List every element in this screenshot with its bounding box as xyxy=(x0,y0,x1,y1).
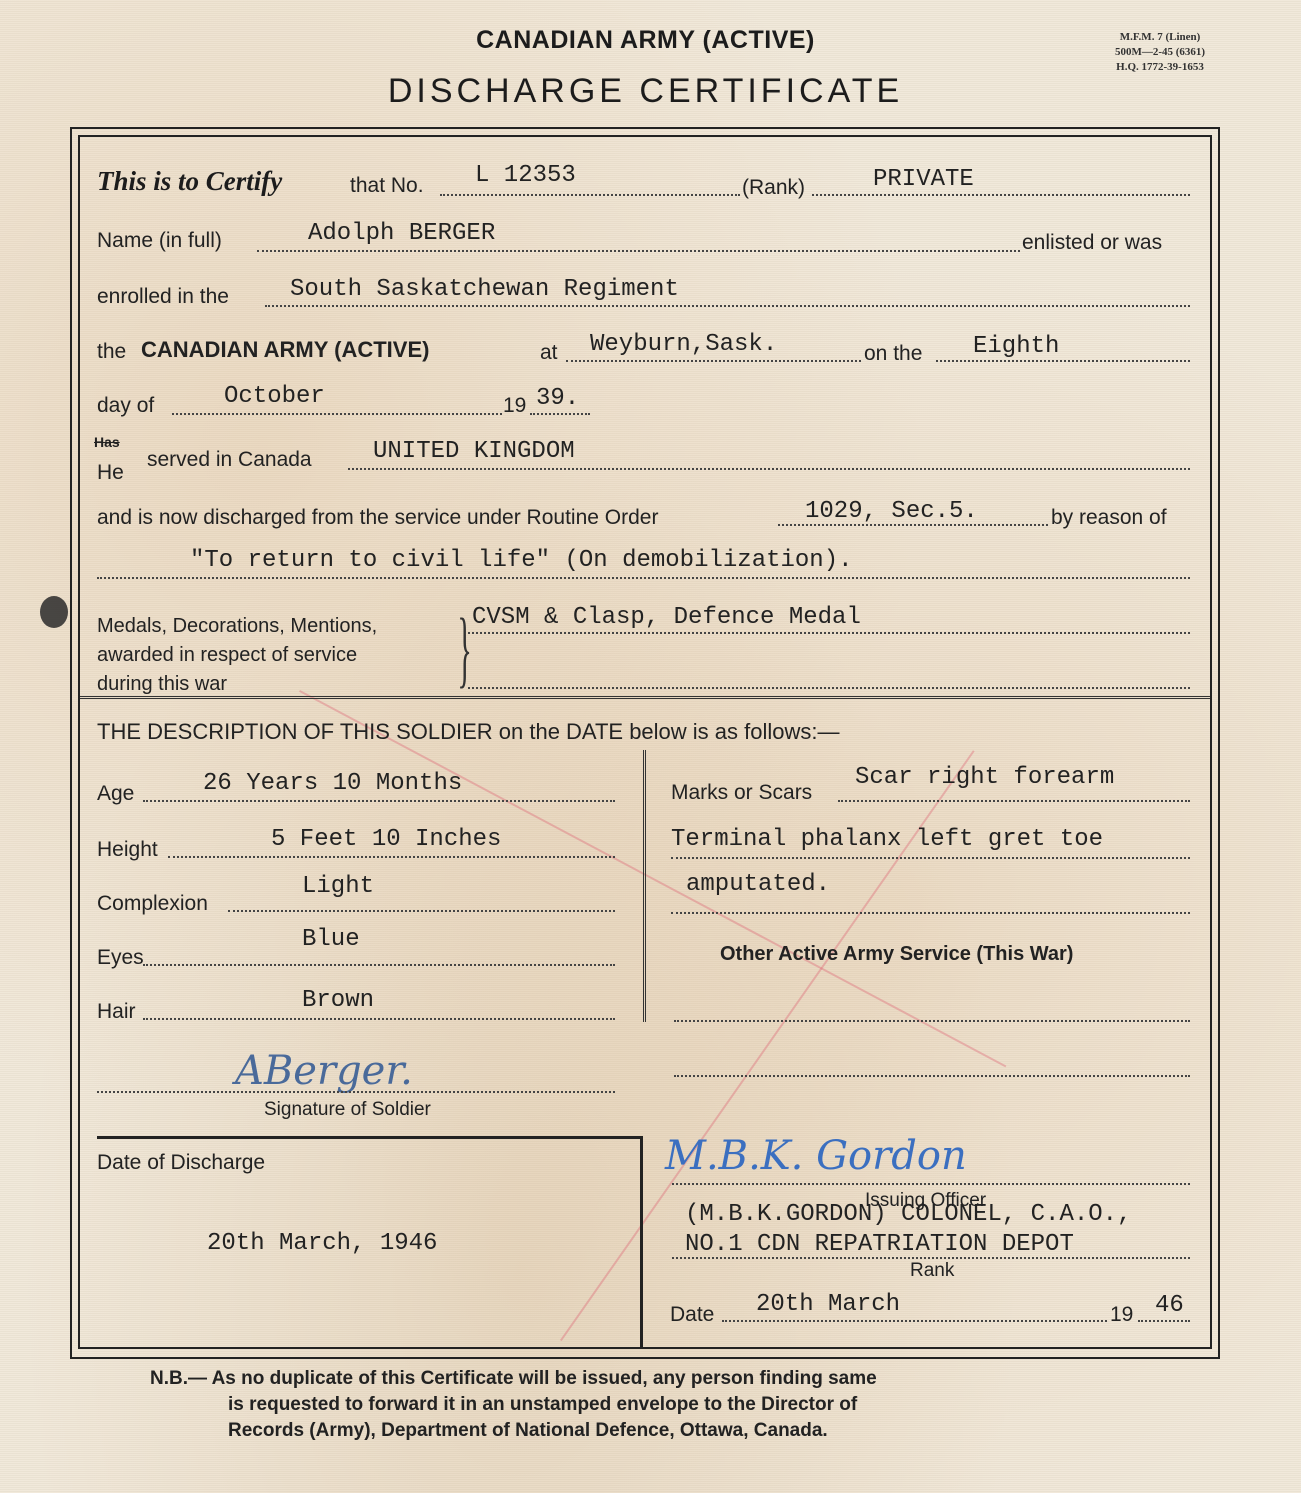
form-reference: M.F.M. 7 (Linen) 500M—2-45 (6361) H.Q. 1… xyxy=(1080,30,1240,75)
name-label: Name (in full) xyxy=(97,229,222,253)
number-label: that No. xyxy=(350,174,424,198)
age-label: Age xyxy=(97,782,134,806)
discharged-label: and is now discharged from the service u… xyxy=(97,506,658,530)
place-line xyxy=(566,360,861,362)
marks-value-2: Terminal phalanx left gret toe xyxy=(671,826,1103,853)
marks-line-2 xyxy=(671,857,1190,859)
eyes-value: Blue xyxy=(302,926,360,953)
reason-label: by reason of xyxy=(1051,506,1167,530)
officer-date-label: Date xyxy=(670,1303,714,1327)
served-line xyxy=(348,468,1190,470)
soldier-signature-line xyxy=(97,1091,615,1093)
brace-icon: } xyxy=(457,605,471,691)
soldier-name: Adolph BERGER xyxy=(308,220,495,247)
description-heading: THE DESCRIPTION OF THIS SOLDIER on the D… xyxy=(97,719,840,745)
form-ref-line: M.F.M. 7 (Linen) xyxy=(1080,30,1240,45)
complexion-value: Light xyxy=(302,873,374,900)
medals-line-2 xyxy=(468,687,1190,689)
number-line xyxy=(440,194,740,196)
form-ref-line: H.Q. 1772-39-1653 xyxy=(1080,60,1240,75)
day-of-label: day of xyxy=(97,394,154,418)
hair-line xyxy=(143,1018,615,1020)
officer-signature-line xyxy=(672,1183,1190,1185)
unit-value: South Saskatchewan Regiment xyxy=(290,276,679,303)
officer-year-line xyxy=(1138,1320,1190,1322)
served-in-value: UNITED KINGDOM xyxy=(373,438,575,465)
enrolled-label: enrolled in the xyxy=(97,285,229,309)
eyes-line xyxy=(143,964,615,966)
medals-label: Medals, Decorations, Mentions, awarded i… xyxy=(97,612,377,699)
complexion-label: Complexion xyxy=(97,892,208,916)
enlistment-place: Weyburn,Sask. xyxy=(590,331,777,358)
year-prefix: 19 xyxy=(503,394,526,418)
rank-line xyxy=(812,194,1190,196)
column-divider xyxy=(643,750,646,1022)
the-label: the xyxy=(97,340,126,364)
hair-label: Hair xyxy=(97,1000,136,1024)
medals-label-line: during this war xyxy=(97,670,377,699)
officer-year-prefix: 19 xyxy=(1110,1303,1133,1327)
officer-rank-label: Rank xyxy=(910,1260,954,1282)
discharge-date-label: Date of Discharge xyxy=(97,1151,265,1175)
medals-line-1 xyxy=(468,632,1190,634)
routine-order-value: 1029, Sec.5. xyxy=(805,498,978,525)
marks-line-3 xyxy=(671,912,1190,914)
officer-unit-line: NO.1 CDN REPATRIATION DEPOT xyxy=(685,1231,1074,1258)
footer-notice: N.B.— As no duplicate of this Certificat… xyxy=(150,1366,1080,1444)
discharge-box-top xyxy=(97,1136,642,1139)
complexion-line xyxy=(228,910,615,912)
medals-value: CVSM & Clasp, Defence Medal xyxy=(472,604,861,631)
month-line xyxy=(172,413,502,415)
eyes-label: Eyes xyxy=(97,946,144,970)
footer-notice-line: Records (Army), Department of National D… xyxy=(150,1418,1080,1444)
enlistment-month: October xyxy=(224,383,325,410)
marks-line-1 xyxy=(838,800,1190,802)
on-the-label: on the xyxy=(864,342,922,366)
discharge-date-value: 20th March, 1946 xyxy=(207,1230,437,1257)
reason-line xyxy=(97,577,1190,579)
other-service-line-1 xyxy=(674,1020,1190,1022)
army-label: CANADIAN ARMY (ACTIVE) xyxy=(141,337,429,363)
age-line xyxy=(143,800,615,802)
rank-label: (Rank) xyxy=(742,176,805,200)
discharge-box-right xyxy=(640,1136,643,1348)
soldier-signature: ABerger. xyxy=(235,1048,413,1094)
rank-value: PRIVATE xyxy=(873,166,974,193)
medals-label-line: Medals, Decorations, Mentions, xyxy=(97,612,377,641)
he-label: He xyxy=(97,461,124,485)
marks-value-1: Scar right forearm xyxy=(855,764,1114,791)
officer-name-line: (M.B.K.GORDON) COLONEL, C.A.O., xyxy=(685,1201,1131,1228)
name-line xyxy=(257,250,1020,252)
certify-intro: This is to Certify xyxy=(97,166,282,197)
officer-signature: M.B.K. Gordon xyxy=(665,1133,967,1179)
height-value: 5 Feet 10 Inches xyxy=(271,826,501,853)
enlistment-year: 39. xyxy=(536,385,579,412)
struck-text: Has xyxy=(94,434,120,450)
served-label: served in Canada xyxy=(147,448,312,472)
marks-label: Marks or Scars xyxy=(671,781,812,805)
officer-date-value: 20th March xyxy=(756,1291,900,1318)
at-label: at xyxy=(540,341,558,365)
enlistment-day: Eighth xyxy=(973,333,1059,360)
officer-year-value: 46 xyxy=(1155,1292,1184,1319)
ink-blot xyxy=(40,596,68,628)
enlisted-label: enlisted or was xyxy=(1022,231,1162,255)
service-number: L 12353 xyxy=(475,162,576,189)
officer-date-line xyxy=(722,1320,1107,1322)
footer-notice-line: is requested to forward it in an unstamp… xyxy=(150,1392,1080,1418)
discharge-reason: "To return to civil life" (On demobiliza… xyxy=(190,547,853,574)
hair-value: Brown xyxy=(302,987,374,1014)
document-title: DISCHARGE CERTIFICATE xyxy=(0,72,1301,111)
soldier-signature-label: Signature of Soldier xyxy=(264,1099,431,1121)
other-service-heading: Other Active Army Service (This War) xyxy=(720,943,1073,966)
age-value: 26 Years 10 Months xyxy=(203,770,462,797)
marks-value-3: amputated. xyxy=(686,871,830,898)
section-divider xyxy=(80,696,1210,699)
height-label: Height xyxy=(97,838,158,862)
height-line xyxy=(168,856,615,858)
medals-label-line: awarded in respect of service xyxy=(97,641,377,670)
rank-line-officer xyxy=(672,1257,1190,1259)
footer-notice-line: N.B.— As no duplicate of this Certificat… xyxy=(150,1366,1080,1392)
year-line xyxy=(530,413,590,415)
day-line xyxy=(936,360,1190,362)
unit-line xyxy=(265,305,1190,307)
form-ref-line: 500M—2-45 (6361) xyxy=(1080,45,1240,60)
other-service-line-2 xyxy=(674,1075,1190,1077)
